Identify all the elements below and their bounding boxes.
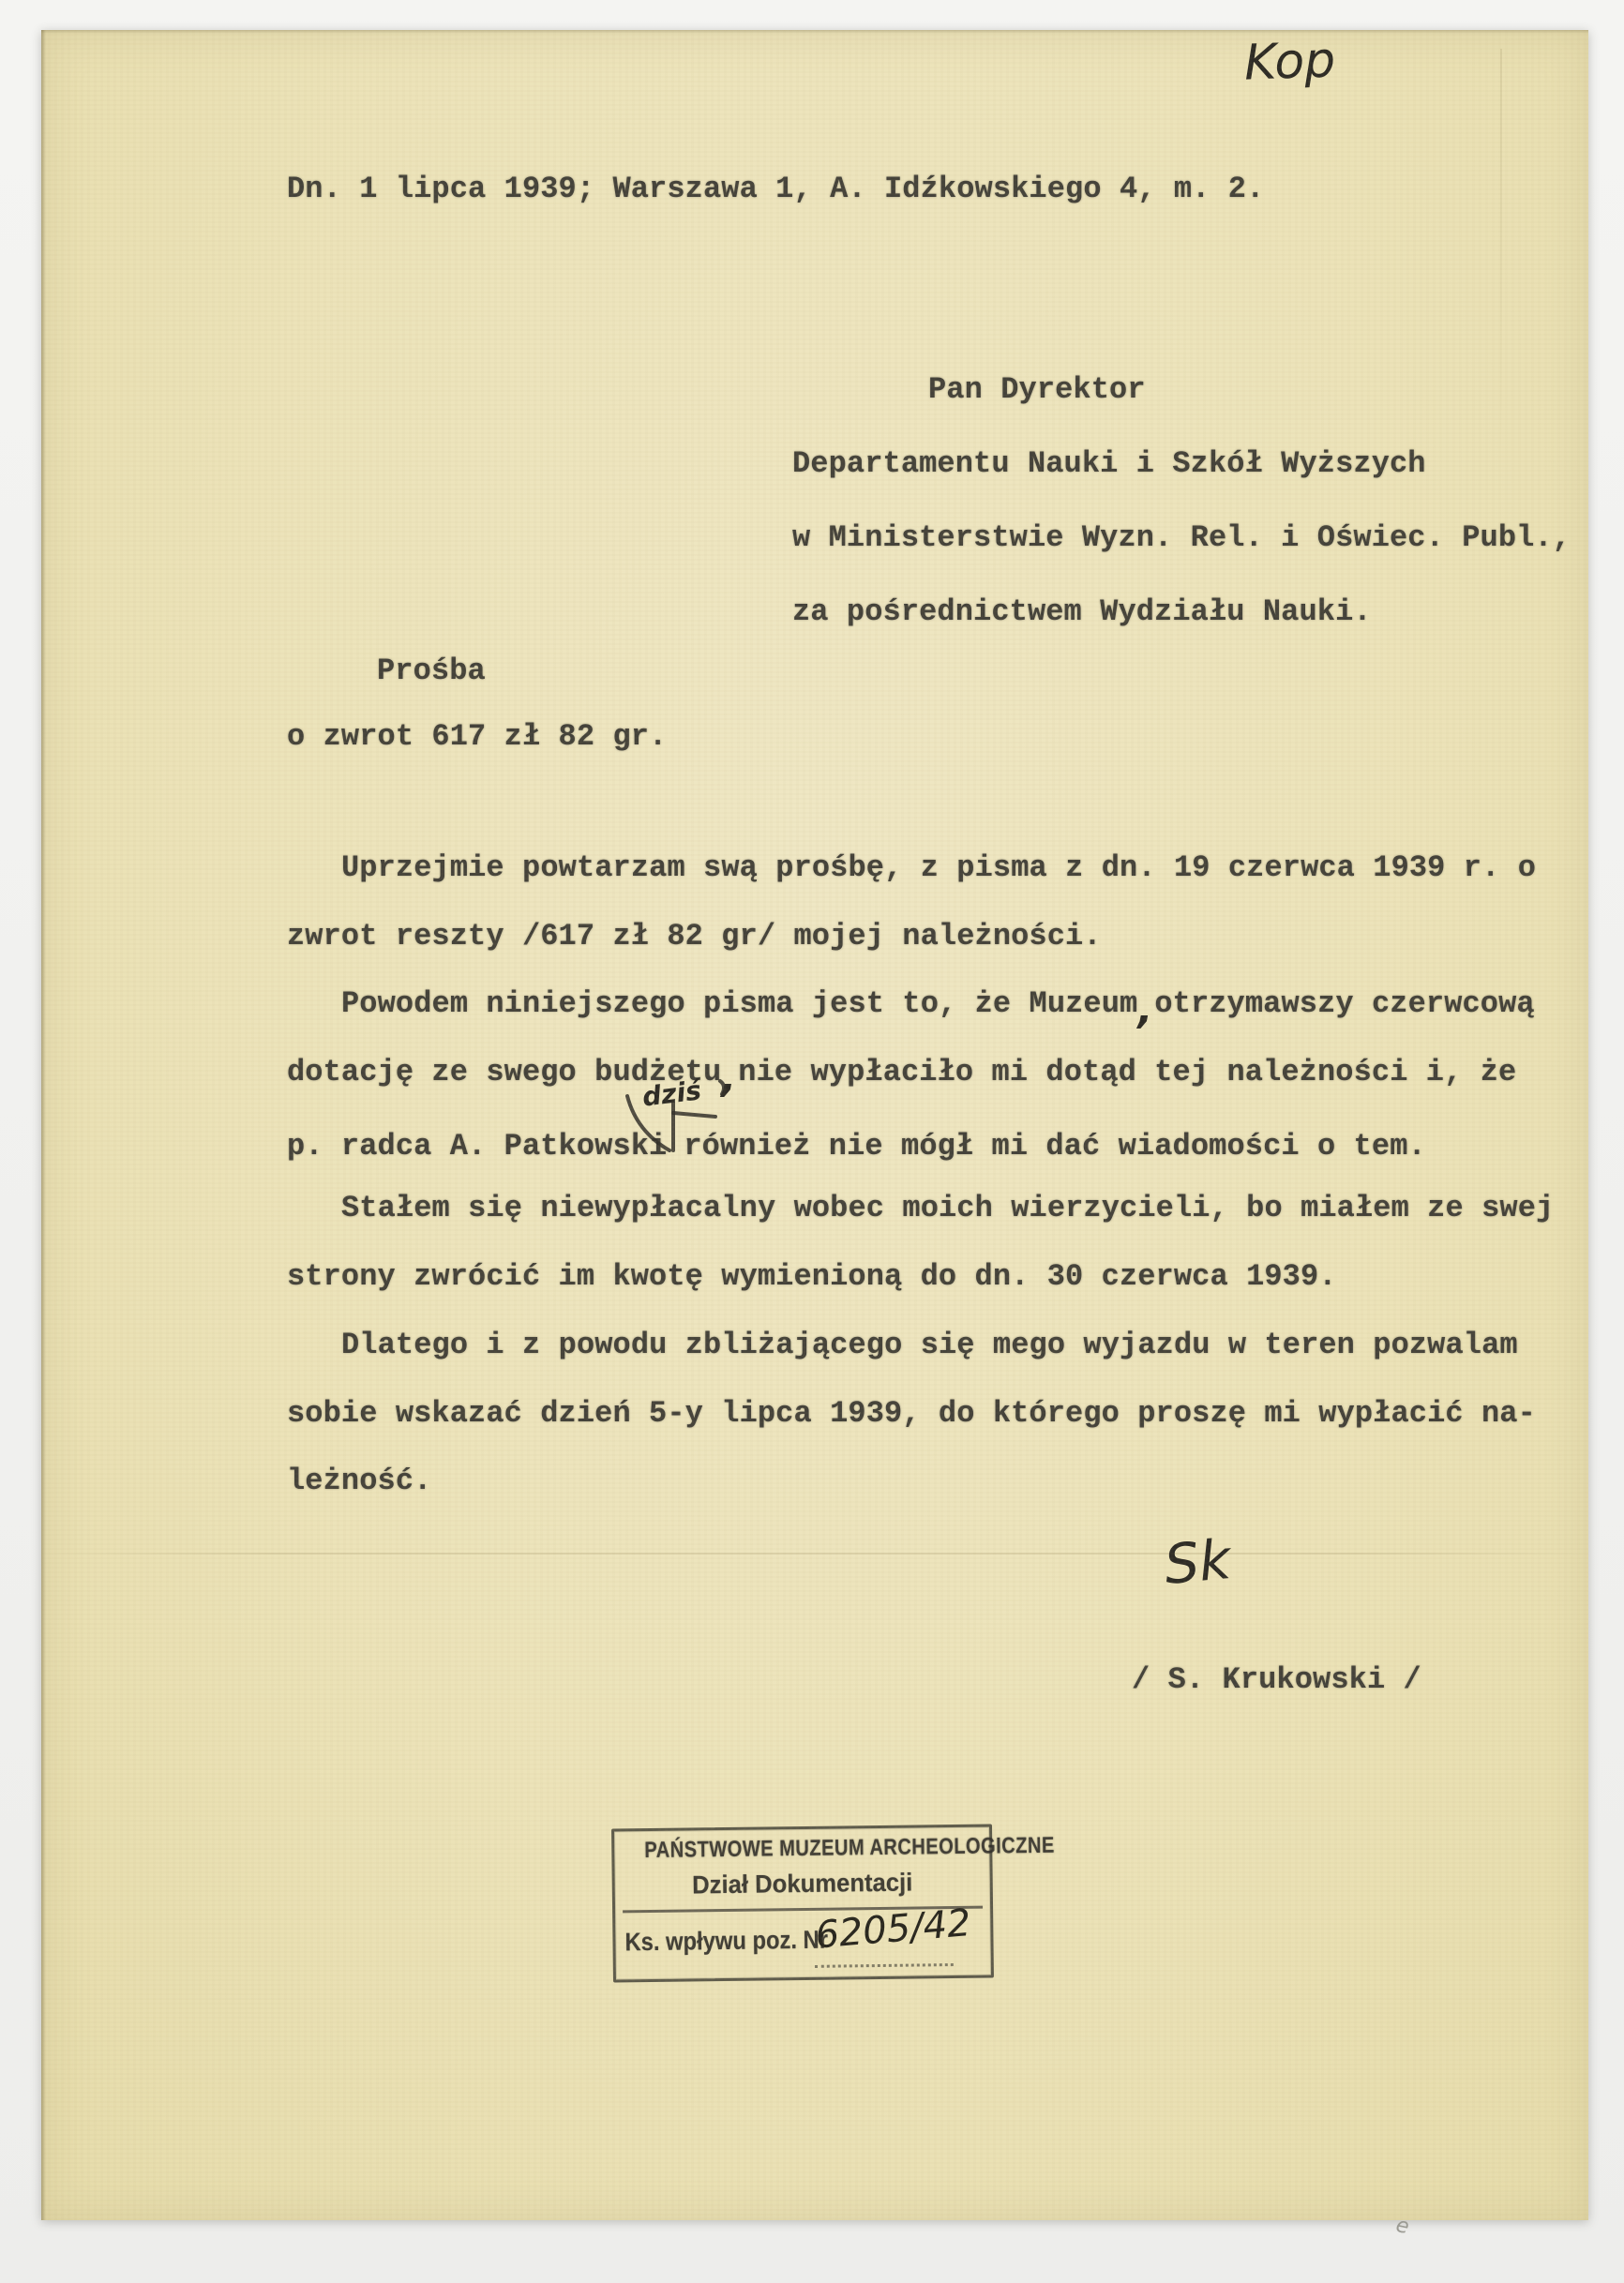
body-text-segment: również nie mógł mi dać wiadomości o tem… xyxy=(684,1129,1425,1164)
stamp-department-line: Dział Dokumentacji xyxy=(624,1867,981,1901)
body-line: strony zwrócić im kwotę wymienioną do dn… xyxy=(287,1260,1337,1294)
scan-background: Kop Dn. 1 lipca 1939; Warszawa 1, A. Idź… xyxy=(0,0,1624,2283)
body-line: Powodem niniejszego pisma jest to, że Mu… xyxy=(287,987,1535,1021)
body-text-segment: otrzymawszy czerwcową xyxy=(1154,986,1534,1021)
recipient-line: w Ministerstwie Wyzn. Rel. i Oświec. Pub… xyxy=(792,521,1571,555)
dateline: Dn. 1 lipca 1939; Warszawa 1, A. Idźkows… xyxy=(287,173,1264,206)
subject-heading: Prośba xyxy=(377,654,486,688)
handwritten-comma-mark: , xyxy=(1137,1000,1154,1019)
stamp-institution-line: PAŃSTWOWE MUZEUM ARCHEOLOGICZNE xyxy=(644,1833,959,1865)
paper-crease xyxy=(1500,49,1502,452)
body-text-segment: p. radca A. Patkowski xyxy=(287,1129,667,1164)
paper-edge-shadow xyxy=(41,30,46,2220)
body-line: Uprzejmie powtarzam swą prośbę, z pisma … xyxy=(287,851,1536,885)
body-line: p. radca A. Patkowskidziśrównież nie móg… xyxy=(287,1124,1426,1164)
handwritten-copy-note: Kop xyxy=(1243,32,1336,91)
recipient-line: Pan Dyrektor xyxy=(928,373,1146,407)
museum-stamp: PAŃSTWOWE MUZEUM ARCHEOLOGICZNE Dział Do… xyxy=(611,1825,994,1983)
recipient-line: Departamentu Nauki i Szkół Wyższych xyxy=(792,447,1426,481)
subject-amount-line: o zwrot 617 zł 82 gr. xyxy=(287,720,667,754)
typed-signature: / S. Krukowski / xyxy=(1132,1663,1421,1697)
paper-crease xyxy=(41,1553,1588,1555)
letter-paper: Kop Dn. 1 lipca 1939; Warszawa 1, A. Idź… xyxy=(41,30,1588,2220)
body-line: sobie wskazać dzień 5-y lipca 1939, do k… xyxy=(287,1397,1536,1431)
stamp-entry-label: Ks. wpływu poz. Nr xyxy=(624,1925,828,1958)
handwritten-initials: Sk xyxy=(1162,1527,1233,1597)
body-text-segment: nie wypłaciło mi dotąd tej należności i,… xyxy=(738,1055,1516,1089)
body-line: dotację ze swego budżetu,nie wypłaciło m… xyxy=(287,1056,1516,1089)
body-line: Stałem się niewypłacalny wobec moich wie… xyxy=(287,1192,1554,1225)
insertion-caret-mark: dziś xyxy=(667,1124,684,1154)
paper-edge-shadow xyxy=(41,30,1588,34)
body-line: Dlatego i z powodu zbliżającego się mego… xyxy=(287,1329,1518,1362)
body-line: zwrot reszty /617 zł 82 gr/ mojej należn… xyxy=(287,920,1102,954)
body-line: leżność. xyxy=(287,1464,431,1498)
recipient-line: za pośrednictwem Wydziału Nauki. xyxy=(792,595,1372,629)
insertion-stroke-icon xyxy=(620,1068,732,1162)
body-text-segment: Powodem niniejszego pisma jest to, że Mu… xyxy=(341,986,1137,1021)
